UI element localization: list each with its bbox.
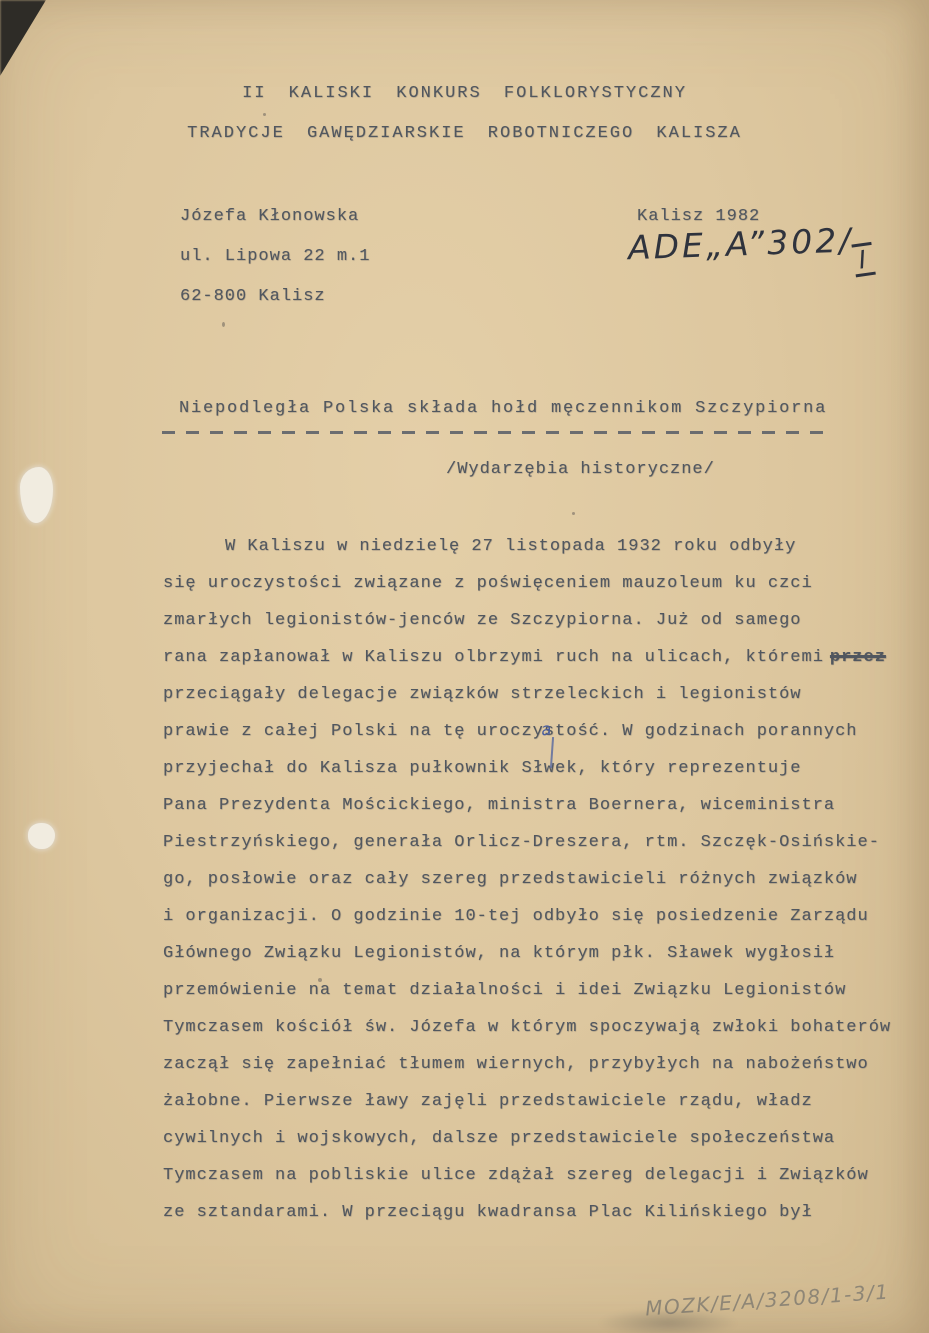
punch-hole-bottom [28, 823, 55, 849]
bottom-smudge [598, 1308, 738, 1333]
body-line-4-text: rana zapłanował w Kaliszu olbrzymi ruch … [163, 648, 824, 667]
body-line-13: przemówienie na temat działalności i ide… [163, 972, 929, 1009]
author-name: Józefa Kłonowska [180, 197, 370, 237]
paper-speck [572, 512, 575, 515]
dashed-underline [162, 431, 834, 434]
body-line-3: zmarłych legionistów-jenców ze Szczypior… [163, 602, 929, 639]
roman-numeral-one: I [852, 242, 877, 278]
body-line-8: Pana Prezydenta Mościckiego, ministra Bo… [163, 787, 929, 824]
body-line-18: Tymczasem na pobliskie ulice zdążał szer… [163, 1157, 929, 1194]
scanned-document-page: II KALISKI KONKURS FOLKLORYSTYCZNY TRADY… [0, 0, 929, 1333]
body-line-19: ze sztandarami. W przeciągu kwadransa Pl… [163, 1194, 929, 1231]
contest-title-line1: II KALISKI KONKURS FOLKLORYSTYCZNY [0, 84, 929, 103]
body-line-1: W Kaliszu w niedzielę 27 listopada 1932 … [163, 528, 929, 565]
struck-word: przez [830, 648, 886, 667]
archive-ref-text: ADE„A”302/ [627, 220, 854, 267]
author-city: 62-800 Kalisz [180, 277, 370, 317]
archive-ref-handwritten: ADE„A”302/I [627, 220, 874, 268]
story-title: Niepodległa Polska składa hołd męczennik… [179, 399, 827, 418]
body-line-10: go, posłowie oraz cały szereg przedstawi… [163, 861, 929, 898]
corner-fold-shadow [0, 0, 46, 76]
paper-speck [222, 322, 225, 327]
body-line-4: rana zapłanował w Kaliszu olbrzymi ruch … [163, 639, 929, 676]
paper-speck [263, 113, 266, 116]
author-street: ul. Lipowa 22 m.1 [180, 237, 370, 277]
contest-title-line2: TRADYCJE GAWĘDZIARSKIE ROBOTNICZEGO KALI… [0, 124, 929, 143]
body-line-16: żałobne. Pierwsze ławy zajęli przedstawi… [163, 1083, 929, 1120]
punch-hole-top [20, 467, 53, 523]
body-line-11: i organizacji. O godzinie 10-tej odbyło … [163, 898, 929, 935]
body-line-12: Głównego Związku Legionistów, na którym … [163, 935, 929, 972]
story-subtitle: /Wydarzębia historyczne/ [446, 460, 715, 479]
author-block: Józefa Kłonowska ul. Lipowa 22 m.1 62-80… [180, 197, 370, 317]
body-line-9: Piestrzyńskiego, generała Orlicz-Dreszer… [163, 824, 929, 861]
paper-speck [318, 978, 322, 982]
body-line-14: Tymczasem kościół św. Józefa w którym sp… [163, 1009, 929, 1046]
body-line-2: się uroczystości związane z poświęceniem… [163, 565, 929, 602]
body-line-17: cywilnych i wojskowych, dalsze przedstaw… [163, 1120, 929, 1157]
body-paragraph: W Kaliszu w niedzielę 27 listopada 1932 … [163, 528, 929, 1231]
body-line-7: przyjechał do Kalisza pułkownik Słwek, k… [163, 750, 929, 787]
body-line-15: zaczął się zapełniać tłumem wiernych, pr… [163, 1046, 929, 1083]
body-line-5: przeciągały delegacje związków strzeleck… [163, 676, 929, 713]
